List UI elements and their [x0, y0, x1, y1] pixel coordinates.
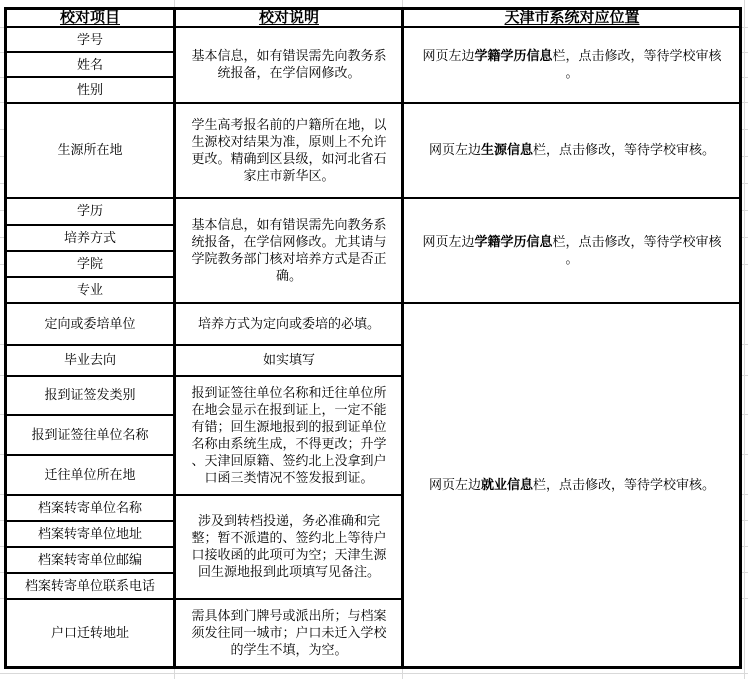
description-line: 报到证签往单位名称和迁往单位所 [191, 385, 386, 402]
location-section-name: 生源信息 [481, 143, 533, 158]
description-line: 名称由系统生成，不得更改；升学 [191, 436, 386, 453]
item-college: 学院 [6, 252, 174, 276]
item-gender: 性别 [6, 78, 174, 102]
table-border [4, 7, 7, 669]
item-name: 姓名 [6, 53, 174, 77]
description-report-cert: 报到证签往单位名称和迁往单位所 在地会显示在报到证上，一定不能 有错；回生源地报… [176, 377, 402, 494]
row-divider [4, 197, 742, 199]
item-major: 专业 [6, 278, 174, 302]
location-suffix: 栏，点击修改，等待学校审核。 [533, 478, 715, 493]
description-destination: 如实填写 [176, 346, 402, 375]
row-divider [4, 414, 175, 416]
description-line: 有错；回生源地报到的报到证单位 [191, 419, 386, 436]
location-prefix: 网页左边 [422, 49, 474, 64]
location-section-name: 学籍学历信息 [474, 49, 552, 64]
item-report-cert-unit-name: 报到证签往单位名称 [6, 416, 174, 454]
location-section-name: 学籍学历信息 [474, 235, 552, 250]
location-prefix: 网页左边 [429, 143, 481, 158]
location-suffix: 栏，点击修改，等待学校审核。 [533, 143, 715, 158]
description-line: 生源校对结果为准，原则上不允许 [191, 134, 386, 151]
item-archive-unit-postcode: 档案转寄单位邮编 [6, 548, 174, 572]
row-divider [4, 102, 742, 104]
location-prefix: 网页左边 [429, 478, 481, 493]
description-line: 学院教务部门核对培养方式是否正 [191, 251, 386, 268]
location-academic-info: 网页左边学籍学历信息栏，点击修改，等待学校审核 。 [404, 28, 740, 102]
row-divider [4, 572, 175, 574]
description-line: 须发往同一城市；户口未迁入学校 [191, 625, 386, 642]
item-student-id: 学号 [6, 28, 174, 52]
header-item: 校对项目 [6, 8, 174, 27]
description-line: 基本信息，如有错误需先向教务系 [191, 217, 386, 234]
description-line: 基本信息，如有错误需先向教务系 [191, 48, 386, 65]
location-prefix: 网页左边 [422, 235, 474, 250]
table-border [4, 666, 742, 669]
location-employment-info: 网页左边就业信息栏，点击修改，等待学校审核。 [404, 304, 740, 667]
header-description: 校对说明 [176, 8, 402, 27]
description-line: 确。 [191, 268, 386, 285]
row-divider [4, 344, 404, 346]
location-suffix: 栏，点击修改，等待学校审核 [553, 49, 722, 64]
row-divider [4, 598, 404, 600]
description-line: 、天津回原籍、签约北上没拿到户 [191, 453, 386, 470]
description-line: 家庄市新华区。 [191, 168, 386, 185]
description-academic: 基本信息，如有错误需先向教务系 统报备，在学信网修改。尤其请与 学院教务部门核对… [176, 199, 402, 302]
location-tail: 。 [565, 252, 578, 267]
table-border [739, 7, 742, 669]
row-divider [4, 26, 742, 28]
row-divider [4, 546, 175, 548]
description-line: 更改。精确到区县级，如河北省石 [191, 151, 386, 168]
row-divider [4, 51, 175, 53]
item-graduation-destination: 毕业去向 [6, 346, 174, 375]
description-line: 整；暂不派遣的、签约北上等待户 [191, 530, 386, 547]
description-sponsored: 培养方式为定向或委培的必填。 [176, 304, 402, 344]
description-line: 口函三类情况不签发报到证。 [191, 470, 386, 487]
description-line: 如实填写 [263, 352, 315, 369]
description-line: 统报备，在学信网修改。 [191, 65, 386, 82]
description-archive: 涉及到转档投递，务必准确和完 整；暂不派遣的、签约北上等待户 口接收函的此项可为… [176, 496, 402, 598]
item-household-transfer-address: 户口迁转地址 [6, 600, 174, 667]
description-line: 涉及到转档投递，务必准确和完 [191, 513, 386, 530]
description-line: 学生高考报名前的户籍所在地，以 [191, 117, 386, 134]
row-divider [4, 76, 175, 78]
item-origin-location: 生源所在地 [6, 104, 174, 197]
description-line: 的学生不填，为空。 [191, 642, 386, 659]
location-section-name: 就业信息 [481, 478, 533, 493]
row-divider [4, 224, 175, 226]
item-sponsored-unit: 定向或委培单位 [6, 304, 174, 344]
description-line: 统报备，在学信网修改。尤其请与 [191, 234, 386, 251]
header-tianjin-location: 天津市系统对应位置 [404, 8, 740, 27]
description-line: 口接收函的此项可为空；天津生源 [191, 547, 386, 564]
row-divider [4, 250, 175, 252]
row-divider [4, 454, 175, 456]
item-archive-unit-name: 档案转寄单位名称 [6, 496, 174, 520]
item-report-cert-type: 报到证签发类别 [6, 377, 174, 414]
column-divider [173, 7, 176, 669]
row-divider [4, 375, 404, 377]
row-divider [4, 276, 175, 278]
item-training-mode: 培养方式 [6, 226, 174, 250]
location-academic-info-2: 网页左边学籍学历信息栏，点击修改，等待学校审核 。 [404, 199, 740, 302]
row-divider [4, 494, 404, 496]
description-line: 在地会显示在报到证上，一定不能 [191, 402, 386, 419]
item-destination-unit-location: 迁往单位所在地 [6, 456, 174, 494]
item-archive-unit-address: 档案转寄单位地址 [6, 522, 174, 546]
row-divider [4, 302, 742, 304]
column-divider [401, 7, 404, 669]
item-education-level: 学历 [6, 199, 174, 224]
description-line: 回生源地报到此项填写见备注。 [191, 564, 386, 581]
row-divider [4, 520, 175, 522]
location-origin-info: 网页左边生源信息栏，点击修改，等待学校审核。 [404, 104, 740, 197]
description-line: 需具体到门牌号或派出所；与档案 [191, 608, 386, 625]
location-suffix: 栏，点击修改，等待学校审核 [553, 235, 722, 250]
description-household: 需具体到门牌号或派出所；与档案 须发往同一城市；户口未迁入学校 的学生不填，为空… [176, 600, 402, 667]
table-border [4, 7, 742, 10]
description-basic-info: 基本信息，如有错误需先向教务系 统报备，在学信网修改。 [176, 28, 402, 102]
item-archive-unit-phone: 档案转寄单位联系电话 [6, 574, 174, 598]
description-origin: 学生高考报名前的户籍所在地，以 生源校对结果为准，原则上不允许 更改。精确到区县… [176, 104, 402, 197]
description-line: 培养方式为定向或委培的必填。 [198, 316, 380, 333]
location-tail: 。 [565, 66, 578, 81]
